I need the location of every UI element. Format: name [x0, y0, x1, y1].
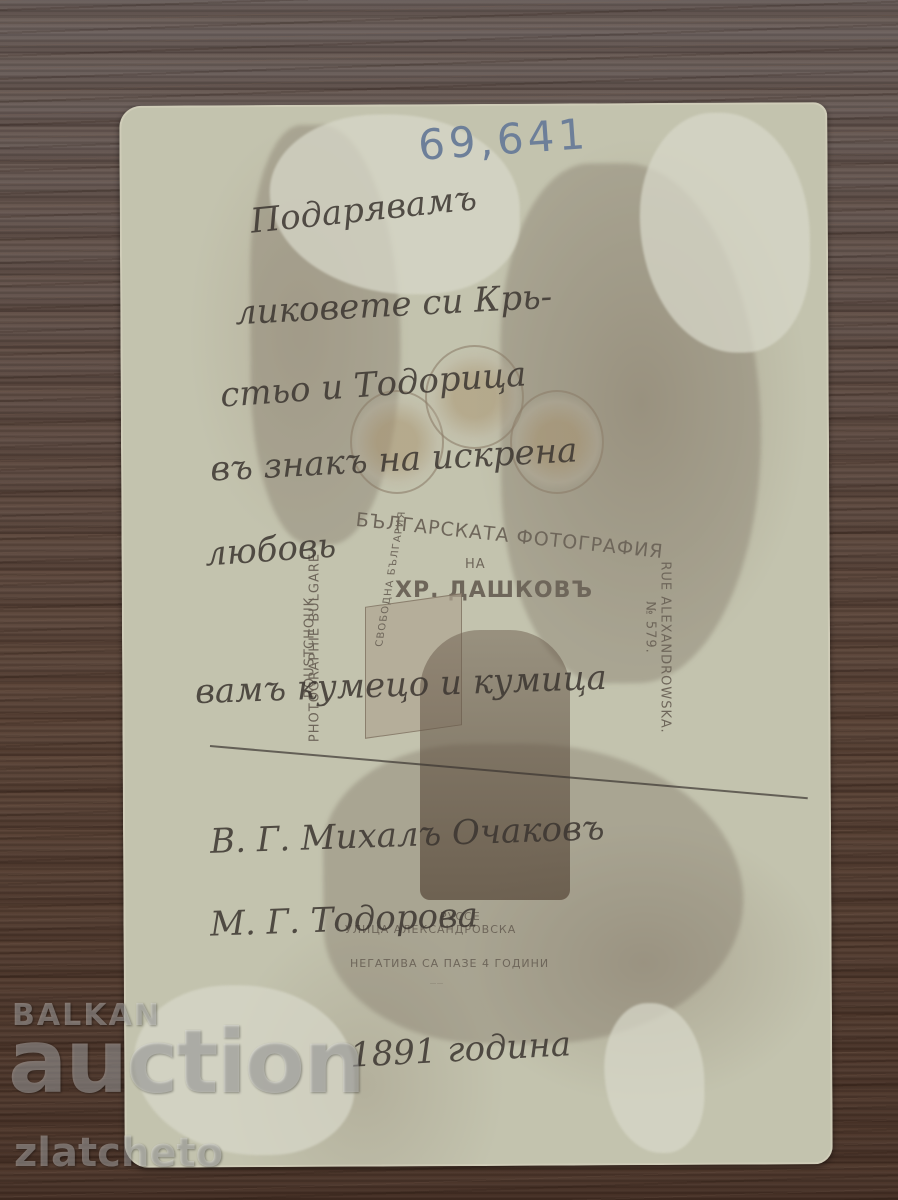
studio-na-text: НА [465, 557, 486, 572]
negatives-note: НЕГАТИВА СА ПАЗЕ 4 ГОДИНИ [350, 957, 549, 970]
watermark-zlatcheto: zlatcheto [14, 1130, 223, 1176]
printer-credit: …… [430, 979, 444, 986]
side-text-roustchouk: ROUSTCHOUK [303, 558, 318, 738]
watermark-auction: auction [8, 1010, 364, 1113]
paper-light-patch [604, 1003, 705, 1154]
side-text-rue-alexandrowska: RUE ALEXANDROWSKA. [658, 548, 673, 748]
side-text-number: № 579. [643, 578, 658, 678]
